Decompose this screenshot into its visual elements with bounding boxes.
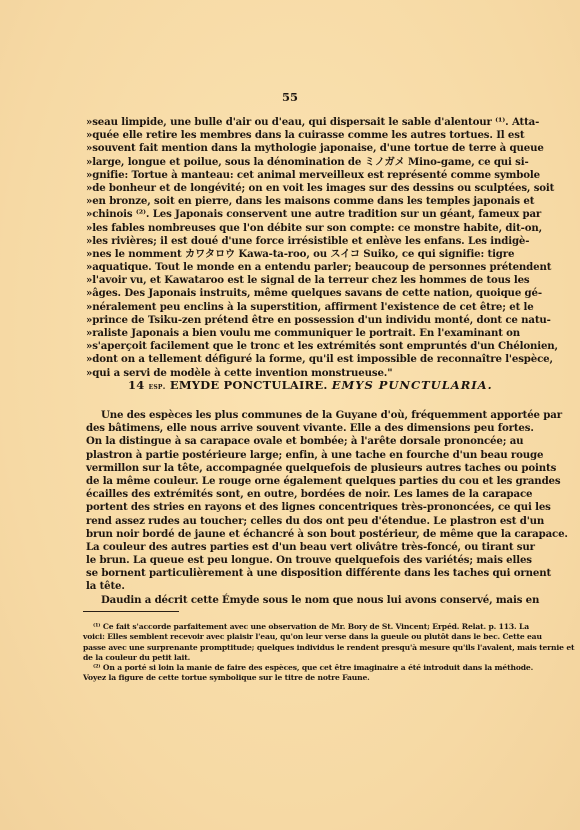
footnote-line: ⁽²⁾ On a porté si loin la manie de faire… — [83, 663, 497, 673]
body-line: la tête. — [86, 580, 494, 593]
quote-line: »souvent fait mention dans la mythologie… — [86, 142, 494, 155]
species-latin-name: EMYS PUNCTULARIA. — [332, 378, 493, 392]
body-line: rend assez rudes au toucher; celles du d… — [86, 515, 494, 528]
footnote-line: voici: Elles semblent recevoir avec plai… — [83, 632, 497, 642]
body-line: le brun. La queue est peu longue. On tro… — [86, 554, 494, 567]
body-line: plastron à partie postérieure large; enf… — [86, 449, 494, 462]
quote-line: »les rivières; il est doué d'une force i… — [86, 235, 494, 248]
footnotes: ⁽¹⁾ Ce fait s'accorde parfaitement avec … — [83, 622, 497, 684]
footnote-line: ⁽¹⁾ Ce fait s'accorde parfaitement avec … — [83, 622, 497, 632]
quote-line: »en bronze, soit en pierre, dans les mai… — [86, 195, 494, 208]
quote-line: »aquatique. Tout le monde en a entendu p… — [86, 261, 494, 274]
quote-line: »âges. Des Japonais instruits, même quel… — [86, 287, 494, 300]
species-french-name: EMYDE PONCTULAIRE. — [170, 378, 328, 392]
body-line: écailles des extrémités sont, en outre, … — [86, 488, 494, 501]
body-line: vermillon sur la tête, accompagnée quelq… — [86, 462, 494, 475]
footnote-divider — [83, 611, 179, 612]
quote-line: »gnifie: Tortue à manteau: cet animal me… — [86, 169, 494, 182]
quote-line: »prince de Tsiku-zen prétend être en pos… — [86, 314, 494, 327]
quote-line: »large, longue et poilue, sous la dénomi… — [86, 156, 494, 169]
body-line: portent des stries en rayons et des lign… — [86, 501, 494, 514]
body-line: Daudin a décrit cette Émyde sous le nom … — [86, 594, 494, 607]
quoted-passage: »seau limpide, une bulle d'air ou d'eau,… — [86, 116, 494, 380]
quote-line: »quée elle retire les membres dans la cu… — [86, 129, 494, 142]
species-description: Une des espèces les plus communes de la … — [86, 409, 494, 607]
quote-line: »chinois ⁽²⁾. Les Japonais conservent un… — [86, 208, 494, 221]
species-heading: 14 esp. EMYDE PONCTULAIRE. EMYS PUNCTULA… — [128, 378, 488, 392]
quote-line: »l'avoir vu, et Kawataroo est le signal … — [86, 274, 494, 287]
species-abbr: esp. — [149, 381, 166, 391]
quote-line: »dont on a tellement défiguré la forme, … — [86, 353, 494, 366]
body-line: des bâtimens, elle nous arrive souvent v… — [86, 422, 494, 435]
quote-line: »raliste Japonais a bien voulu me commun… — [86, 327, 494, 340]
species-number: 14 — [128, 378, 144, 392]
quote-line: »seau limpide, une bulle d'air ou d'eau,… — [86, 116, 494, 129]
body-line: brun noir bordé de jaune et échancré à s… — [86, 528, 494, 541]
footnote-line: Voyez la figure de cette tortue symboliq… — [83, 673, 497, 683]
body-line: On la distingue à sa carapace ovale et b… — [86, 435, 494, 448]
body-line: Une des espèces les plus communes de la … — [86, 409, 494, 422]
quote-line: »s'aperçoit facilement que le tronc et l… — [86, 340, 494, 353]
quote-line: »les fables nombreuses que l'on débite s… — [86, 222, 494, 235]
quote-line: »nes le nomment カワタロウ Kawa-ta-roo, ou スイ… — [86, 248, 494, 261]
page-number: 55 — [0, 90, 580, 104]
body-line: se bornent particulièrement à une dispos… — [86, 567, 494, 580]
body-line: La couleur des autres parties est d'un b… — [86, 541, 494, 554]
body-line: de la même couleur. Le rouge orne égalem… — [86, 475, 494, 488]
footnote-line: de la couleur du petit lait. — [83, 653, 497, 663]
quote-line: »de bonheur et de longévité; on en voit … — [86, 182, 494, 195]
footnote-line: passe avec une surprenante promptitude; … — [83, 643, 497, 653]
quote-line: »néralement peu enclins à la superstitio… — [86, 301, 494, 314]
